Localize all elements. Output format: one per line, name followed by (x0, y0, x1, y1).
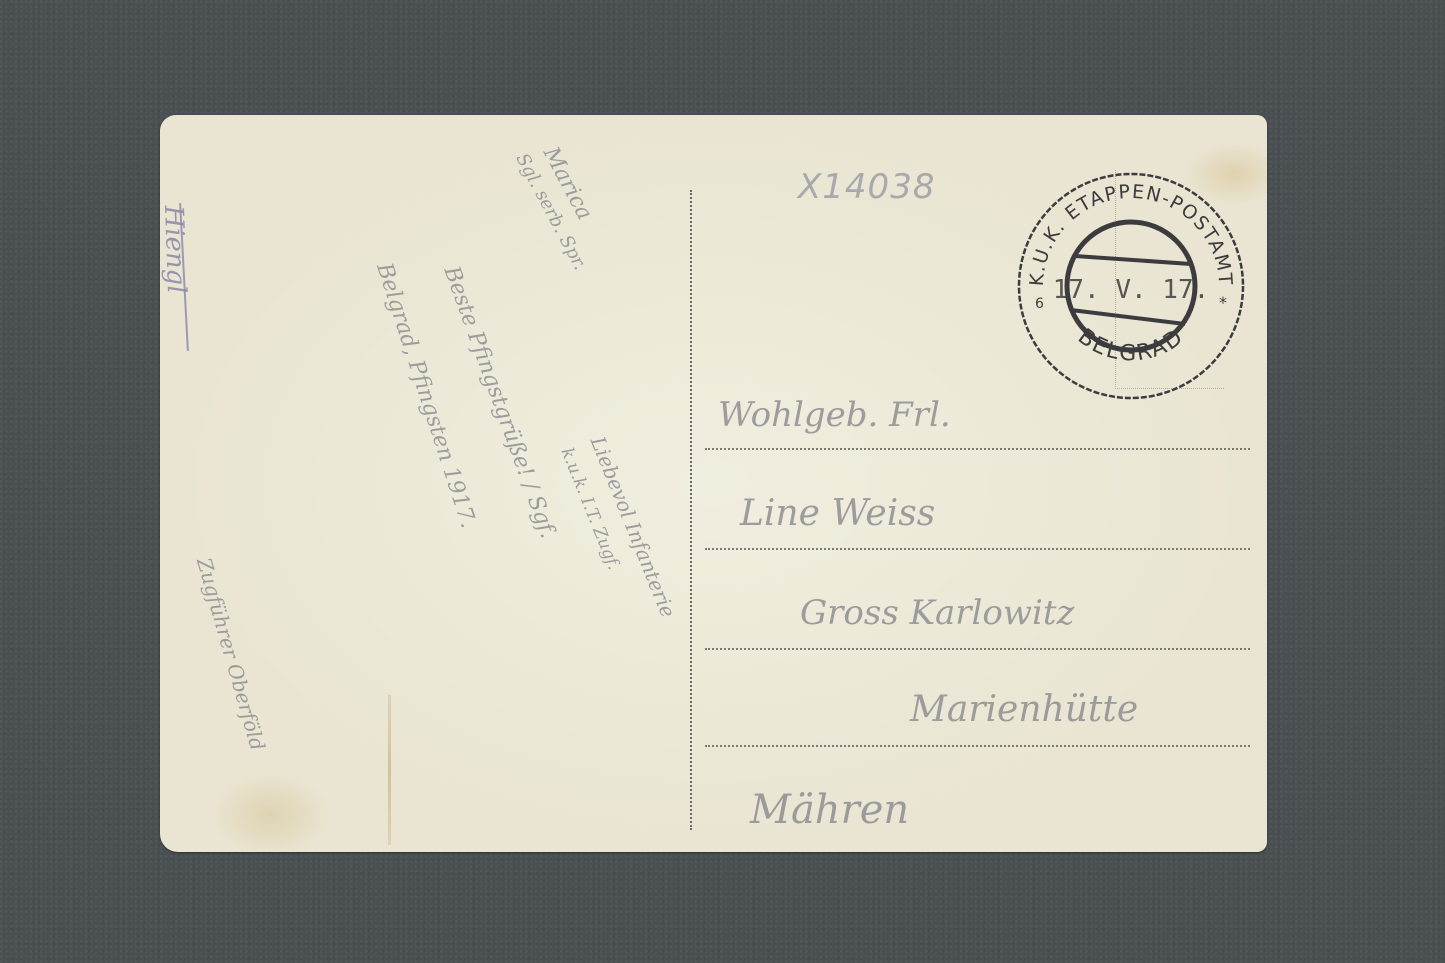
address-rule-4 (705, 745, 1250, 747)
svg-text:K.U.K. ETAPPEN-POSTAMT: K.U.K. ETAPPEN-POSTAMT (1026, 181, 1236, 287)
address-line-1: Wohlgeb. Frl. (718, 395, 951, 435)
message-line-7: Zugführer Oberföld (192, 555, 270, 753)
svg-text:*: * (1219, 293, 1227, 312)
postcard: Hiengl Marica Sgl. serb. Spr. Beste Pfin… (160, 115, 1267, 852)
address-line-3: Gross Karlowitz (800, 593, 1074, 633)
svg-text:BELGRAD: BELGRAD (1073, 324, 1189, 366)
address-rule-1 (705, 448, 1250, 450)
address-rule-2 (705, 548, 1250, 550)
catalog-number: X14038 (798, 167, 935, 207)
svg-text:6: 6 (1035, 296, 1044, 312)
address-line-5: Mähren (750, 787, 909, 833)
corner-note: Hiengl (158, 205, 191, 294)
svg-text:17. V. 17.: 17. V. 17. (1053, 275, 1210, 305)
address-line-2: Line Weiss (740, 493, 935, 534)
address-rule-3 (705, 648, 1250, 650)
crease-stain (388, 695, 391, 845)
postmark-icon: K.U.K. ETAPPEN-POSTAMT BELGRAD 17. V. 17… (1013, 168, 1249, 404)
address-line-4: Marienhütte (910, 689, 1138, 730)
center-divider (690, 190, 692, 830)
